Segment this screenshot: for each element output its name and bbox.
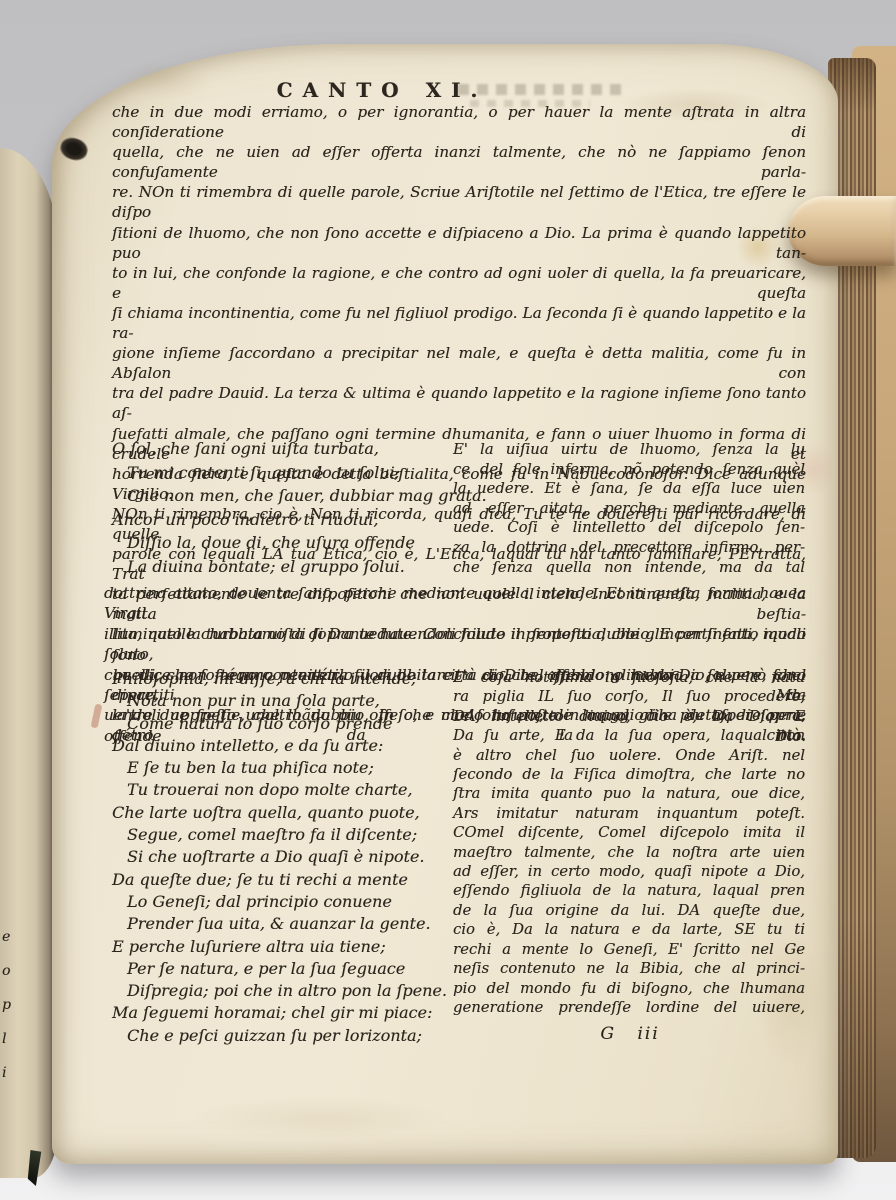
text-line: de la ſua origine da lui. DA queſte due, bbox=[453, 901, 805, 920]
commentary-column-2: E' coſa notiſſima in filoſofia, che la n… bbox=[453, 668, 805, 1017]
text-line: ad eſſer aitata, perche mediante quella bbox=[453, 499, 805, 519]
text-line: ſtra imita quanto puo la natura, oue dic… bbox=[453, 784, 805, 803]
text-line: Per ſe natura, e per la ſua ſeguace bbox=[127, 958, 457, 980]
text-line: dottrina aitato, douenta ſano, perche me… bbox=[104, 583, 806, 624]
verse-column-1: O ſol, che ſani ogni uiſta turbata,Tu mi… bbox=[112, 437, 452, 578]
text-line: ſecondo de la Fiſica dimoſtra, che larte… bbox=[453, 765, 805, 784]
text-line: Si che uoſtrarte a Dio quaſi è nipote. bbox=[127, 846, 457, 868]
text-line: e bbox=[2, 920, 20, 954]
text-line: ſi chiama incontinentia, come fu nel fig… bbox=[112, 303, 806, 343]
text-line: maeſtro talmente, che la noſtra arte uie… bbox=[453, 843, 805, 862]
text-line: Diſſio la, doue di, che uſura offende bbox=[127, 531, 452, 555]
text-line: Che non men, che ſauer, dubbiar mag grat… bbox=[127, 484, 452, 508]
text-line: i bbox=[2, 1056, 20, 1090]
text-line: Da ſu arte, E da la ſua opera, laqual no… bbox=[453, 726, 805, 745]
text-line: cio è, Da la natura e da larte, SE tu ti bbox=[453, 920, 805, 939]
text-line: Che larte uoſtra quella, quanto puote, bbox=[112, 802, 457, 824]
text-line: Tu mi contenti ſi, quando tu ſolui; bbox=[127, 461, 452, 485]
text-line: DA lintelletto diuino, cio è, Da Dio, E bbox=[453, 707, 805, 726]
text-line: tra del padre Dauid. La terza & ultima è… bbox=[112, 383, 806, 423]
text-line: rechi a mente lo Geneſi, E' ſcritto nel … bbox=[453, 940, 805, 959]
text-line: quella, che ne uien ad eſſer offerta ina… bbox=[112, 142, 806, 182]
text-line: neſis contenuto ne la Bibia, che al prin… bbox=[453, 959, 805, 978]
text-line: Che e peſci guizzan ſu per lorizonta; bbox=[127, 1025, 457, 1047]
text-line: za la dottrina del precettore infirmo, p… bbox=[453, 538, 805, 558]
text-line: eſſendo figliuola de la natura, laqual p… bbox=[453, 881, 805, 900]
text-line: O ſol, che ſani ogni uiſta turbata, bbox=[112, 437, 452, 461]
text-line: Tu trouerai non dopo molte charte, bbox=[127, 779, 457, 801]
text-line: Ancor un poco indietro ti riuolui, bbox=[112, 508, 452, 532]
text-line: Segue, comel maeſtro fa il diſcente; bbox=[127, 824, 457, 846]
text-line: ra piglia IL ſuo corſo, Il ſuo procedere… bbox=[453, 687, 805, 706]
text-line: E' la uiſiua uirtu de lhuomo, ſenza la l… bbox=[453, 440, 805, 460]
text-line: pio del mondo fu di biſogno, che lhumana bbox=[453, 979, 805, 998]
text-line: Prender ſua uita, & auanzar la gente. bbox=[127, 913, 457, 935]
text-line: è altro chel ſuo uolere. Onde Ariſt. nel bbox=[453, 746, 805, 765]
text-line: Ma ſeguemi horamai; chel gir mi piace: bbox=[112, 1002, 457, 1024]
text-line: ſitioni de lhuomo, che non ſono accette … bbox=[112, 223, 806, 263]
canto-header: CANTO XI. bbox=[252, 78, 512, 102]
text-line: o bbox=[2, 954, 20, 988]
text-line: Come natura lo ſuo corſo prende bbox=[127, 713, 457, 735]
text-line: Nota non pur in una ſola parte, bbox=[127, 690, 457, 712]
text-line: illuminato la turbata uiſta di Dante hau… bbox=[104, 624, 806, 665]
text-line: to in lui, che confonde la ragione, e ch… bbox=[112, 263, 806, 303]
text-line: COmel diſcente, Comel diſcepolo imita il bbox=[453, 823, 805, 842]
gathering-signature: G iii bbox=[560, 1024, 700, 1044]
text-line: Philoſophia, mi diſſe, a chi la intende; bbox=[112, 668, 457, 690]
book-photo: eopli CANTO XI. che in due modi erriamo,… bbox=[0, 0, 896, 1200]
text-line: generatione prendeſſe lordine del uiuere… bbox=[453, 998, 805, 1017]
commentary-column-1: E' la uiſiua uirtu de lhuomo, ſenza la l… bbox=[453, 440, 805, 577]
text-line: Lo Geneſi; dal principio conuene bbox=[127, 891, 457, 913]
text-line: re. NOn ti rimembra di quelle parole, Sc… bbox=[112, 182, 806, 222]
facing-page-text-fragments: eopli bbox=[2, 920, 20, 1090]
text-line: ad eſſer, in certo modo, quaſi nipote a … bbox=[453, 862, 805, 881]
text-line: uede. Coſi è lintelletto del diſcepolo ſ… bbox=[453, 518, 805, 538]
text-line: E ſe tu ben la tua phiſica note; bbox=[127, 757, 457, 779]
text-line: ce del ſole inferma, nõ potendo ſenza qu… bbox=[453, 460, 805, 480]
text-line: la uedere. Et è ſana, ſe da eſſa luce ui… bbox=[453, 479, 805, 499]
text-line: che in due modi erriamo, o per ignoranti… bbox=[112, 102, 806, 142]
text-line: Ars imitatur naturam inquantum poteſt. bbox=[453, 804, 805, 823]
text-line: l bbox=[2, 1022, 20, 1056]
text-line: Diſpregia; poi che in altro pon la ſpene… bbox=[127, 980, 457, 1002]
text-line: E perche luſuriere altra uia tiene; bbox=[112, 936, 457, 958]
text-line: che ſenza quella non intende, ma da tal bbox=[453, 558, 805, 578]
text-line: La diuina bontate; el gruppo ſolui. bbox=[127, 555, 452, 579]
text-line: gione inſieme ſaccordano a precipitar ne… bbox=[112, 343, 806, 383]
verse-column-2: Philoſophia, mi diſſe, a chi la intende;… bbox=[112, 668, 457, 1047]
text-line: Dal diuino intelletto, e da ſu arte: bbox=[112, 735, 457, 757]
text-line: E' coſa notiſſima in filoſofia, che la n… bbox=[453, 668, 805, 687]
text-line: Da queſte due; ſe tu ti rechi a mente bbox=[112, 869, 457, 891]
text-line: p bbox=[2, 988, 20, 1022]
